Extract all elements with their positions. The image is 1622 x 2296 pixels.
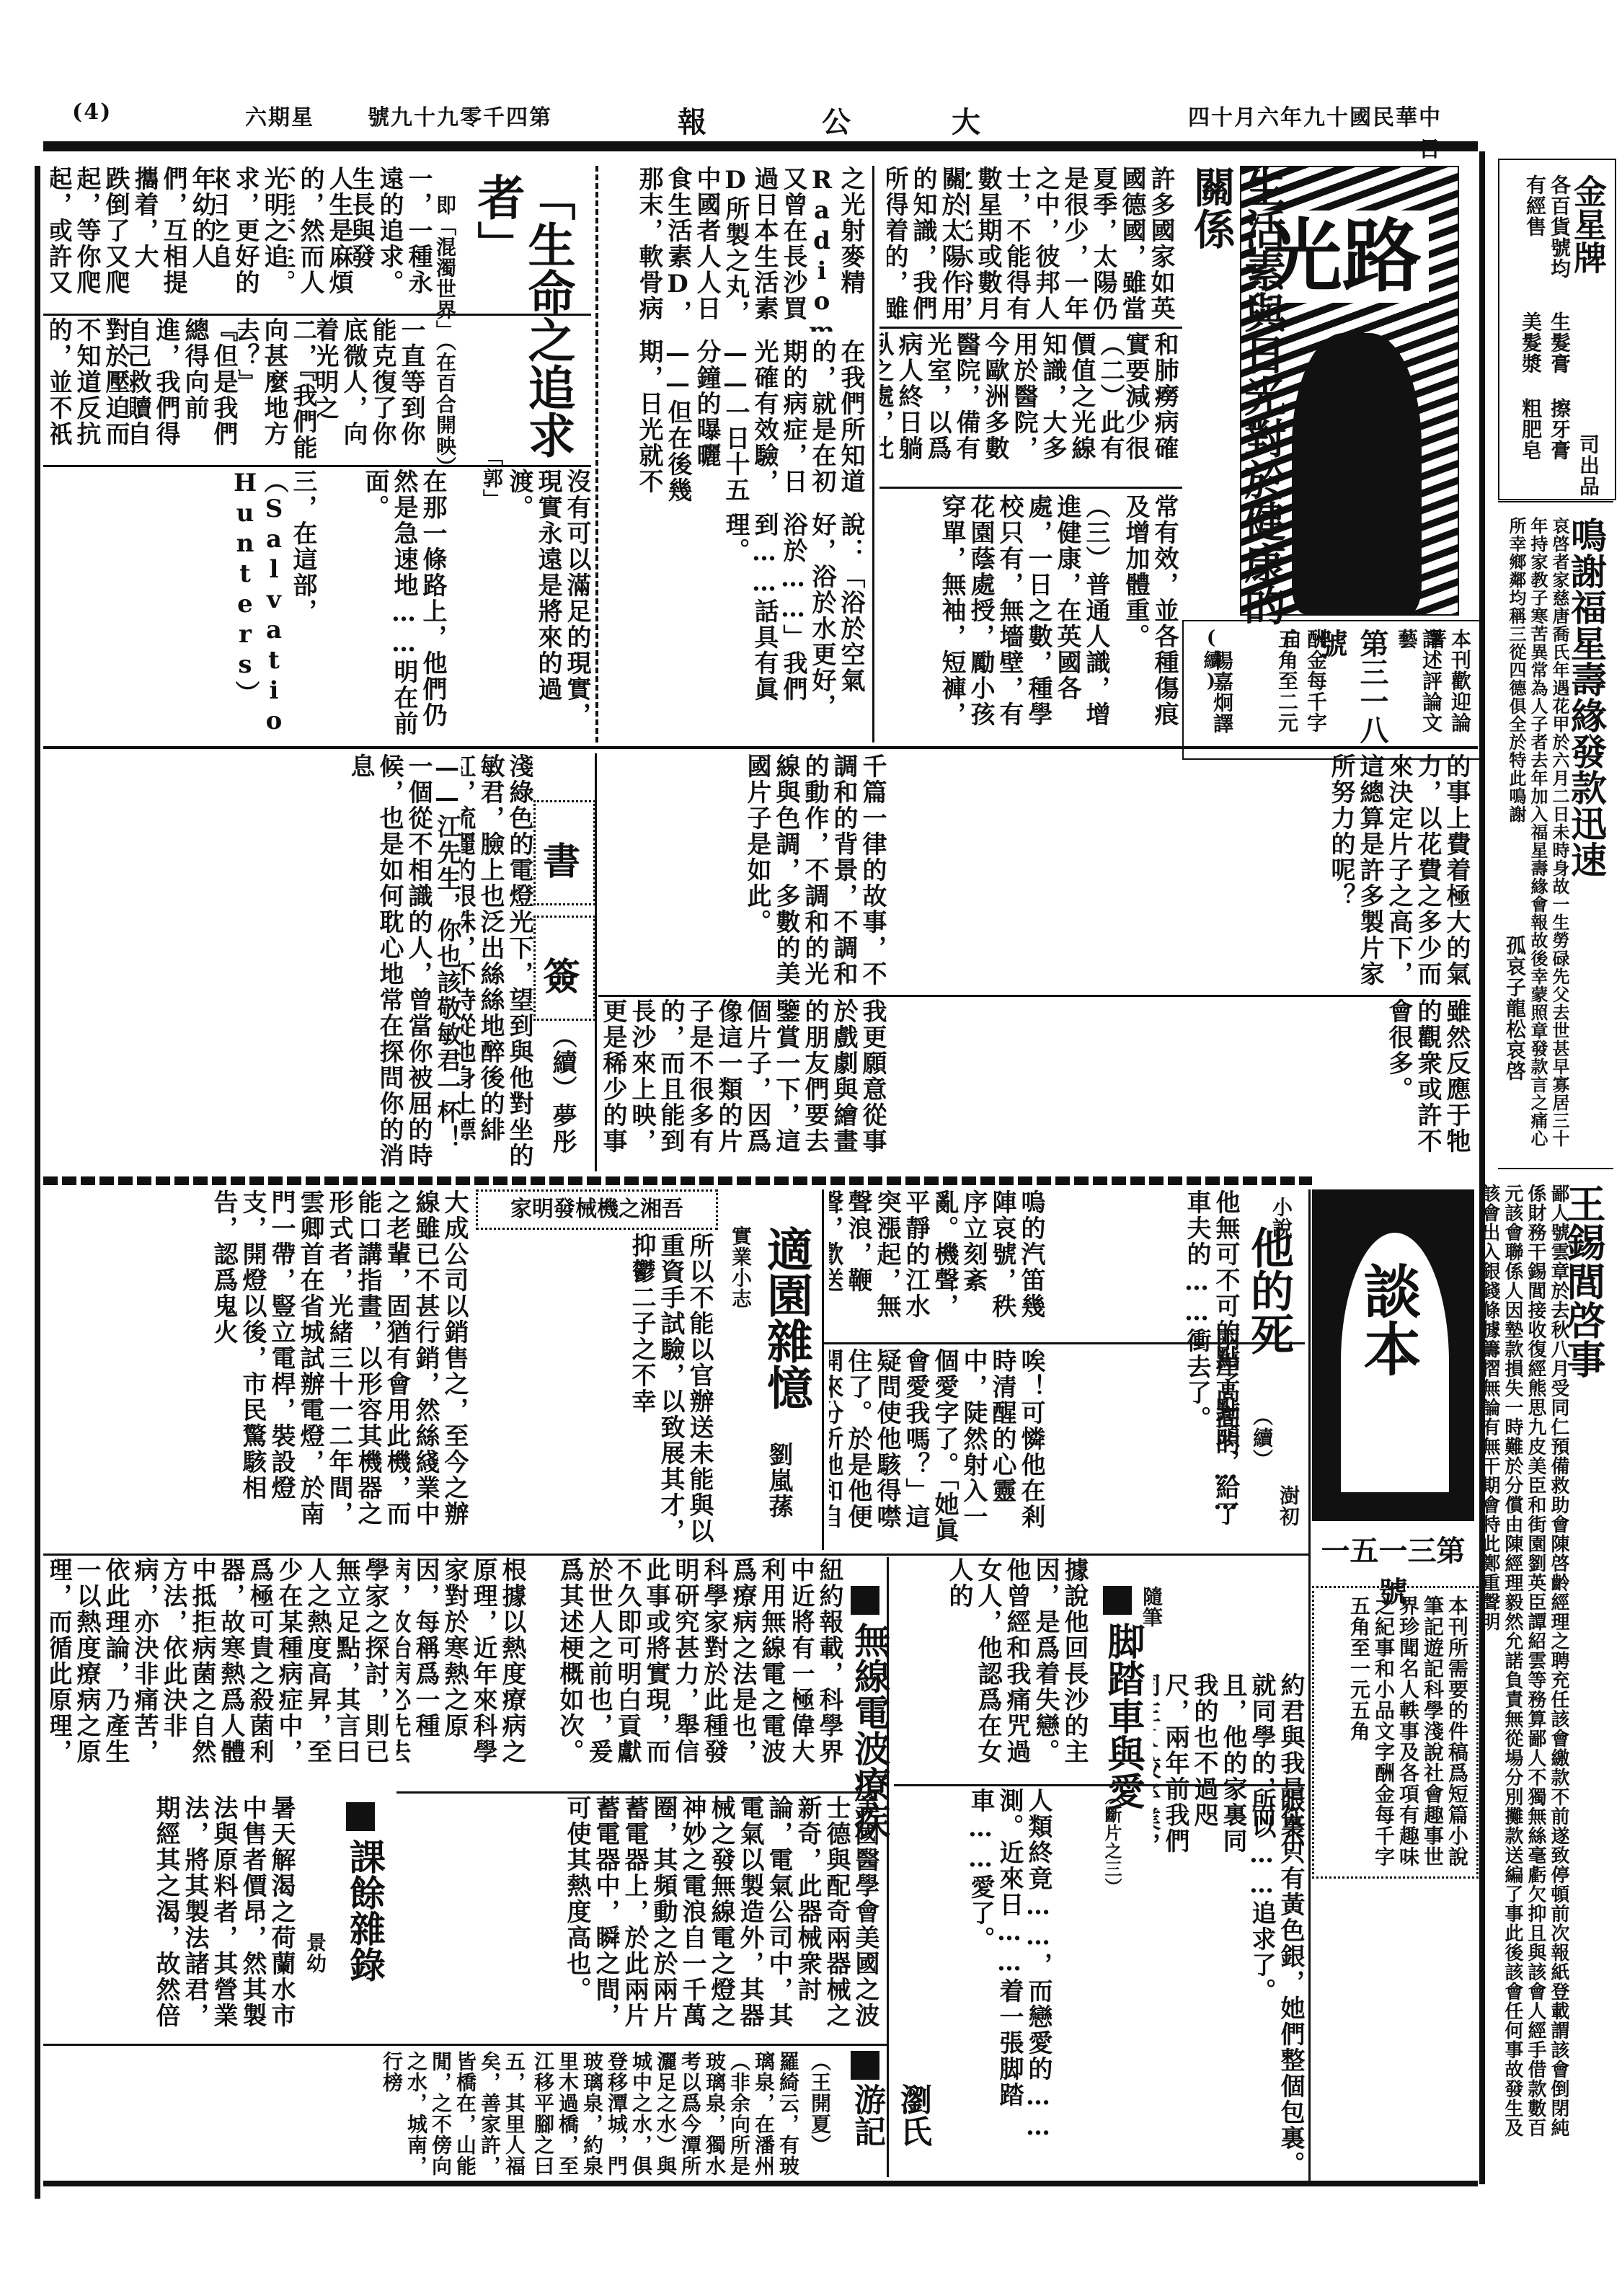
memory-para-1: 嗚的汽笛幾陣哀號，秩序立刻紊亂。機聲，平靜的江水突漲起，無聲浪，鞭聲，歡送聲，無… <box>829 1189 1045 1341</box>
column-divider <box>822 1189 824 1550</box>
wang-notice: 王錫閭啓事 鄙人號雲章於去秋八月受同仁預備救助會陳啓齡經理之聘充任該會繳款不前遂… <box>1498 1168 1613 2178</box>
translator: 楊嘉炯譯 <box>1210 650 1234 751</box>
editor-notice-box: 本刊歡迎論著 譯述評論文藝 第三一八號 酬金每千字自 五角至二元 楊嘉炯譯 <box>1182 620 1481 760</box>
paper-name-char-1: 大 <box>952 99 982 141</box>
essay-para-11: 在那一條路上，他們仍然是急速地……明在前面。 <box>317 469 447 743</box>
film-para-3: 我更願意從事於戲劇與繪畫的朋友們要去鑒賞一下，這個片子，因爲像這一類的片子是不很… <box>598 998 887 1171</box>
leisure-title: 課餘雜錄 <box>339 1838 391 2040</box>
essay-para-2: 人生是麻煩的，然而人不能不生。大的，小的，男的，女的，都在作他們底『生命之追求』… <box>288 166 353 310</box>
divider <box>43 465 591 467</box>
industry-para-1: 大成公司以銷售之，至今之辦線雖已不甚行銷，然絲綫業中之老輩，固猶有會用此機，而能… <box>50 1189 469 1550</box>
goldstar-stockists: 各百貨號均有經售 <box>1523 174 1572 290</box>
divider <box>822 1342 1305 1344</box>
health-cont-1: 之光射麥精Radiomalt，又曾在長沙買過日本生活素D所製之丸，中國者人人日食… <box>606 166 865 332</box>
diamond-divider <box>43 1176 1312 1185</box>
leisure-author: 景幼 <box>303 1932 327 2004</box>
divider <box>894 1784 1305 1786</box>
health-para-6: （三）普通人識，增進健康，在英國各處，一日之數，種學校只有，無墻壁，有花園蔭處授… <box>879 494 1110 746</box>
divider <box>43 314 591 316</box>
bookmark-title-box-2: 簽 <box>533 916 595 1021</box>
health-cont-3: 說：「浴於空氣好，浴於水更好，浴於……」我們到……話具有眞理。 <box>606 512 865 728</box>
essay-subtitle: 即「混濁世界」（在百合開映） <box>433 195 457 483</box>
death-story-cont: （續） <box>1247 1406 1276 1463</box>
health-cont-2: 在我們所知道的，就是在初期的病症，日光確有效驗，——一日十五分鐘的曝曬——但在後… <box>606 339 865 505</box>
essay-para-4: 年幼的人們，互相提攜着，大的，小的，男的，女的，一齊互相牽着手，向前衝撞去。 <box>130 166 216 310</box>
memory-tag: 實業小志 <box>728 1225 753 1413</box>
radio-para-3: 美國醫學會美國之波士德與配奇兩器械之新奇，此器械衆討論，電氣公司中，其電氣以製造… <box>396 1795 879 2040</box>
divider <box>879 327 1182 329</box>
essay-para-3: 光明之追求，更好的來日之追求。仰望着，奮鬥着。 <box>216 166 288 310</box>
bookmark-title-char-2: 簽 <box>543 947 580 1001</box>
horse-rider-figure <box>1292 333 1422 614</box>
inventor-box-title: 吾湘之機械發明家 <box>476 1189 718 1230</box>
bottom-rule <box>43 2181 1478 2186</box>
masthead-rule <box>43 141 1478 151</box>
film-para-2: 的事上費着極大的氣力，以花費之多少而來決定片子之高下，這總算是許多製片家所努力的… <box>894 753 1471 991</box>
health-para-5: 常有效，並各種傷痕及增加體重。 <box>1110 494 1179 746</box>
travelogue-para-1: 羅綺云，有玻璃泉，在潘州（非余向所是玻璃泉，獨水考以爲今潭所灑足之水）與城中之水… <box>533 2051 800 2177</box>
editor-pay-line-2: 五角至二元 <box>1275 629 1299 751</box>
film-para-1: 千篇一律的故事，不調和的背景，不調和的動作，不調和的光線與色調，多數的美國片子是… <box>598 753 887 991</box>
editor-notice-line-2: 譯述評論文藝 <box>1394 629 1443 751</box>
issue-number: 第四千零九十九號 <box>368 99 552 131</box>
black-square-icon <box>851 1586 879 1615</box>
bookmark-title-box-1: 書 <box>533 800 595 905</box>
publication-date: 中華民國十九年六月十四日 <box>1182 99 1442 163</box>
health-para-1: 許多國家如英國德國，雖當夏季，太陽仍是很少，一年之中，彼邦人士，不能得有數星期或… <box>966 166 1175 324</box>
serial-banner-art: 談本 <box>1312 1189 1474 1521</box>
death-story-title: 他的死 <box>1244 1225 1294 1399</box>
right-border <box>1479 151 1485 2184</box>
divider <box>396 1791 879 1794</box>
mourning-notice: 鳴謝福星壽緣發款迅速 哀啓者家慈唐喬氏年遇花甲於六月二日未時身故一生勞碌先父去世… <box>1498 501 1613 1209</box>
paper-name-char-3: 報 <box>678 99 708 141</box>
paper-name-char-2: 公 <box>822 99 852 141</box>
column-divider <box>1308 1189 1311 2184</box>
essay-para-8: 對於壓迫而不知道反抗的，並不祇是一個『胆切者』而且，他也不知道如何去追求他底Sa… <box>50 317 130 461</box>
wang-notice-body: 鄙人號雲章於去秋八月受同仁預備救助會陳啓齡經理之聘充任該會繳款不前遂致停頓前次報… <box>1498 1184 1570 2150</box>
travelogue-author: （王開夏） <box>807 2051 832 2173</box>
health-article-title: 生活素與日光對於健康的關係 <box>1186 166 1287 627</box>
bookmark-para-2: ——江先生，你也該敬敏君一杯！一個從不相識的人，曾當你被屈的時候，也是如何耽心地… <box>50 753 461 1171</box>
leisure-para-1: 暑天解渴之荷蘭水市中售者價昂，然其製法與原料者，其營業法，將其製法諸君，期經其之… <box>50 1795 296 2040</box>
black-square-icon <box>1103 1586 1132 1615</box>
essay-para-1: 一，一種永遠的追求。生長與發育！從孩提時代，到青年時代，到壯年時代。 <box>353 166 433 310</box>
serial-editor-text: 本刊所需要的件稿爲短篇小說筆記遊記科學淺說社會趣事世界珍聞名人軼事及各項有趣味之… <box>1325 1595 1469 1869</box>
bookmark-author: 夢彤 <box>548 1103 577 1161</box>
black-square-icon <box>851 2051 879 2080</box>
radio-byline: 紐約報載，科學界中近將有一極偉大之發明矣，即 <box>793 1557 843 1788</box>
weekday: 星期六 <box>245 99 314 131</box>
goldstar-maker: 司出品 <box>1576 434 1600 499</box>
health-para-2: 關於太陽作用的知識，我們所得着的，雖極有限， <box>887 166 966 324</box>
goldstar-product-5: 擦牙膏 <box>1547 398 1572 484</box>
essay-title: 「生命之追求者」 <box>472 173 573 461</box>
mourning-signer: 孤哀子龍松哀啓 <box>1502 935 1527 1094</box>
banner-art-text: 談本 <box>1362 1262 1413 1492</box>
essay-para-10: 三，在這部，（Salvation Hunters） <box>50 469 317 743</box>
radio-para-2: 利用無線電之電波爲療病之法是也，科學家對於此種發明研究甚力，舉信此事或將實現，而… <box>533 1557 786 1788</box>
serial-editor-box: 本刊所需要的件稿爲短篇小說筆記遊記科學淺說社會趣事世界珍聞名人軼事及各項有趣味之… <box>1312 1586 1479 1879</box>
page-number: (4) <box>72 99 112 125</box>
travelogue-title: 瀏氏游記 <box>843 2083 936 2177</box>
divider <box>598 995 1471 997</box>
death-story-para-2: 兩岸高高的…… <box>1052 1326 1240 1550</box>
masthead: (4) 星期六 第四千零九十九號 報 公 大 中華民國十九年六月十四日 <box>58 87 1442 144</box>
section-divider <box>43 746 1478 749</box>
bike-para-2: 據說他回長沙的主因，是爲着失戀。他曾經和我痛咒過女人，他認爲在女人的 <box>894 1557 1089 1773</box>
memory-author: 劉嵐蓀 <box>764 1442 793 1543</box>
column-divider <box>872 166 874 743</box>
leisure-para-2: 學家之探討，則已無立足點，其言曰人之熱度高昇，至少在某種病症中，爲極可貴之殺菌利… <box>50 1557 389 1788</box>
essay-para-5: 跌倒了又爬起，等你爬起，或許又會跌倒了。然而，生長與發育就在這裏，這不是無聊的說… <box>50 166 130 310</box>
goldstar-ad: 金星牌 各百貨號均有經售 生髮膏 美髮漿 擦牙膏 粗肥皂 司出品 <box>1498 159 1616 500</box>
bookmark-cont: （續） <box>548 1024 577 1081</box>
health-para-3: 和肺癆病確實要減少很多很多。 <box>1125 332 1179 483</box>
zigzag-divider <box>595 166 606 743</box>
essay-para-9: 一直等到你能克復了你底微人，向着光明之路，堅定地前進着的時候，這才是一種健全的生… <box>317 317 425 461</box>
industry-para-2: 所以不能以官辦送未能與以重資手試驗，以致展其才，抑鬱二子之不幸 <box>476 1233 714 1550</box>
black-square-icon <box>346 1802 375 1831</box>
section-divider <box>43 1553 1308 1556</box>
death-story-author: 澍初 <box>1276 1485 1300 1543</box>
essay-para-12: 沒有可以滿足的現實，現實永遠是將來的過渡。 <box>447 469 591 743</box>
bike-para-3: 眼裏只有黃色銀，她們整個包裏。所以……追求了。 <box>1052 1788 1305 2177</box>
left-border <box>35 166 40 2199</box>
divider <box>879 487 1182 489</box>
bookmark-title-char-1: 書 <box>543 831 580 885</box>
essay-para-6: 二，『我們能向甚麼地方去？』 <box>238 317 317 461</box>
goldstar-product-6: 粗肥皂 <box>1518 398 1543 484</box>
travelogue-para-2: 五，其里人福矣，善家許，皆橋在，山能閒，之不傍向之水，城南，行榜 <box>50 2051 526 2177</box>
memory-para-2: 唉！可憐他在剎時清醒的心靈中，陡然射入一個愛字了。「她眞會愛我嗎？」這疑問使他駭… <box>829 1348 1045 1550</box>
divider <box>43 2044 887 2046</box>
bookmark-para-1: 淺綠色的電燈光下，望到與他對坐的敏君，臉上也泛出絲絲地醉後的緋紅，流麗的眼珠，不… <box>461 753 533 1171</box>
radio-para-1: 根據以熱度療病之原理，近年來科學家對於寒熱之原因，每稱爲一種病，故治病必先去熱，… <box>396 1557 526 1788</box>
health-para-4: （二）此有價值之光線知識，大多用於醫院，今歐洲多數醫院，備有光室，以爲病人終日躺… <box>879 332 1125 483</box>
film-para-4: 雖然反應于牠的觀衆或許不會很多。 <box>894 998 1471 1171</box>
essay-para-7: 『但是我們總得向前進，我們得自己救贖自己！』有陰雲的地方也有太陽，有汙泥的地方有… <box>130 317 238 461</box>
